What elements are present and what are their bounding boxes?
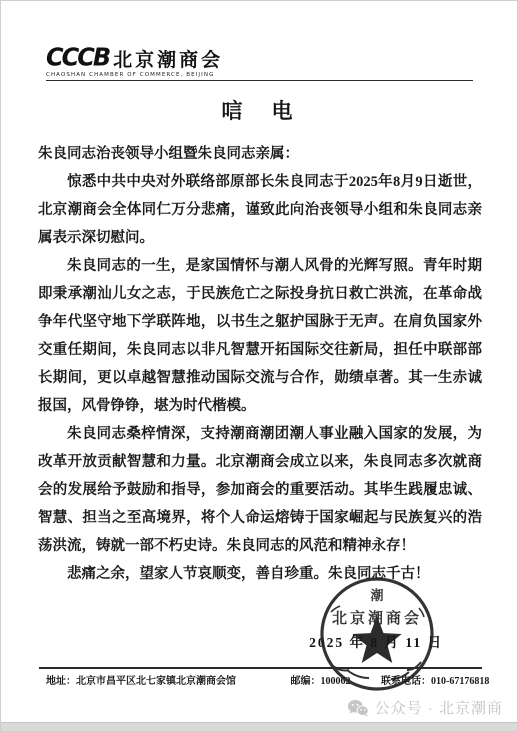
footer-postcode: 邮编：100062 (291, 672, 351, 687)
logo-acronym: CCCB (46, 44, 109, 69)
seal-top-character: 潮 (370, 588, 383, 603)
logo-english-name: CHAOSHAN CHAMBER OF COMMERCE, BEIJING (46, 72, 223, 79)
condolence-letter-page: CCCB 北京潮商会 CHAOSHAN CHAMBER OF COMMERCE,… (0, 0, 518, 732)
chamber-logo: CCCB 北京潮商会 CHAOSHAN CHAMBER OF COMMERCE,… (46, 45, 223, 79)
paragraph-2: 朱良同志的一生，是家国情怀与潮人风骨的光辉写照。青年时期即秉承潮汕儿女之志，于民… (38, 252, 482, 420)
paragraph-3: 朱良同志桑梓情深，支持潮商潮团潮人事业融入国家的发展，为改革开放贡献智慧和力量。… (38, 420, 482, 560)
letter-title: 唁 电 (1, 95, 517, 125)
paragraph-1: 惊悉中共中央对外联络部原部长朱良同志于2025年8月9日逝世，北京潮商会全体同仁… (38, 168, 482, 252)
footer-divider (39, 667, 482, 669)
wechat-icon (347, 699, 369, 717)
salutation: 朱良同志治丧领导小组暨朱良同志亲属： (38, 140, 482, 168)
footer-contact-line: 地址：北京市昌平区北七家镇北京潮商会馆 邮编：100062 联系电话：010-6… (46, 672, 486, 687)
header-divider (46, 80, 473, 81)
wechat-watermark: 公众号 · 北京潮商 (347, 697, 503, 718)
footer-address: 地址：北京市昌平区北七家镇北京潮商会馆 (46, 672, 236, 687)
logo-chinese-name: 北京潮商会 (113, 51, 223, 70)
footer-phone: 联系电话：010-67176818 (381, 672, 489, 687)
bottom-gray-bar (1, 722, 517, 731)
letter-body: 朱良同志治丧领导小组暨朱良同志亲属： 惊悉中共中央对外联络部原部长朱良同志于20… (38, 140, 482, 588)
watermark-text: 公众号 · 北京潮商 (375, 697, 503, 718)
